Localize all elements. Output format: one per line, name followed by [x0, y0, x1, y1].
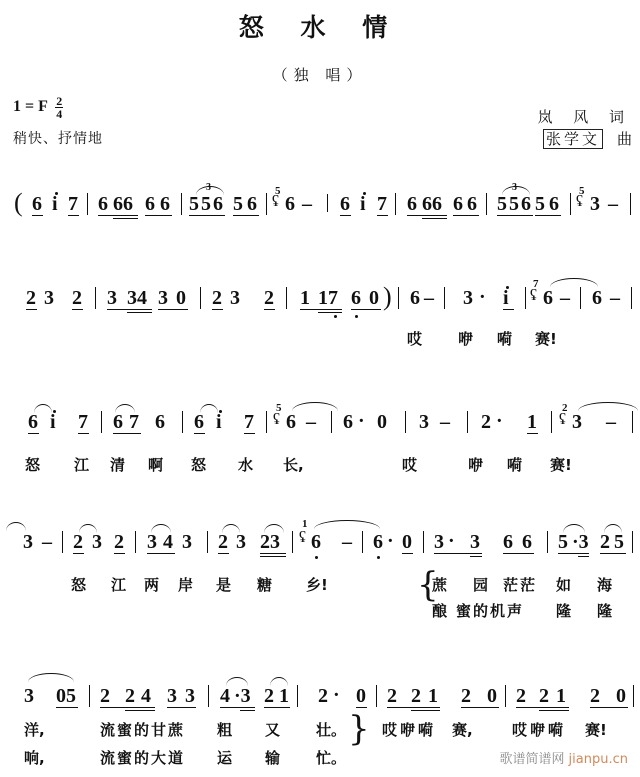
barline — [101, 411, 102, 433]
underline-double — [240, 710, 255, 711]
watermark-text: 歌谱简谱网 — [500, 752, 565, 767]
dot-augmentation: · — [479, 286, 486, 308]
key-signature: 1 = F 2 4 — [13, 95, 63, 120]
note: 3 — [182, 531, 192, 553]
note: 5 — [189, 193, 199, 215]
note: 2 — [481, 411, 491, 433]
underline — [356, 707, 367, 708]
lyric-verse-2: 运 — [217, 747, 232, 768]
grace-hook-icon: ʢ — [272, 194, 279, 210]
underline-double — [113, 218, 138, 219]
lyric: 江 — [111, 574, 126, 595]
song-subtitle: （独 唱） — [0, 64, 640, 85]
lyric: 赛! — [535, 328, 557, 349]
barline — [135, 531, 136, 553]
staff-row-2: 2 3 2 3 34 3 0 2 3 2 1 17 6 0 ) 6 – 3 · … — [0, 284, 640, 324]
lyric: 长, — [283, 454, 304, 475]
note: 5 — [233, 193, 243, 215]
underline — [220, 707, 255, 708]
triplet-mark: 3 — [206, 182, 211, 193]
dash: – — [608, 193, 618, 215]
lyric-verse-1: 洋, — [24, 719, 45, 740]
note: i — [503, 287, 509, 309]
lyric: 嗬 — [507, 454, 522, 475]
tempo-marking: 稍快、抒情地 — [13, 128, 103, 148]
tie — [578, 402, 638, 411]
underline — [503, 309, 514, 310]
dot-augmentation: · — [333, 684, 340, 706]
underline — [218, 553, 229, 554]
note: 34 — [127, 287, 147, 309]
barline — [631, 287, 632, 309]
composer-name: 张学文 — [543, 129, 603, 149]
lyric-verse-2: 流蜜的大道 — [100, 747, 185, 768]
underline — [145, 215, 172, 216]
barline — [200, 287, 201, 309]
dot-augmentation: · — [387, 530, 394, 552]
note: 6 — [522, 531, 532, 553]
underline — [212, 309, 223, 310]
grace-hook-icon: ʢ — [530, 288, 537, 304]
barline — [87, 193, 88, 215]
underline-double — [411, 710, 440, 711]
underline-double — [578, 556, 589, 557]
barline — [395, 193, 396, 215]
staff-row-3: 6 i 7 6 7 6 6 i 7 5 ʢ 6 – 6 · 0 3 – 2 · … — [0, 408, 640, 448]
key-label: 1 = F — [13, 98, 47, 115]
barline — [467, 411, 468, 433]
note: 3 — [230, 287, 240, 309]
note: 6 — [155, 411, 165, 433]
time-signature: 2 4 — [55, 95, 63, 120]
underline — [158, 309, 188, 310]
dash: – — [306, 411, 316, 433]
underline — [32, 215, 43, 216]
underline — [114, 553, 125, 554]
barline — [62, 531, 63, 553]
note: 2 — [318, 685, 328, 707]
note: 2 — [600, 531, 610, 553]
barline — [266, 411, 267, 433]
underline — [387, 707, 440, 708]
note: 23 — [260, 531, 280, 553]
note: 2 — [264, 287, 274, 309]
lyric-refrain: 赛! — [585, 719, 607, 740]
note: 1 — [527, 411, 537, 433]
lyric: 江 — [74, 454, 89, 475]
note: 6 — [351, 287, 361, 309]
barline — [405, 411, 406, 433]
underline — [167, 707, 196, 708]
lyric: 哎 — [402, 454, 417, 475]
note: 3 — [572, 411, 582, 433]
note: 7 — [129, 411, 139, 433]
underline — [260, 553, 286, 554]
barline — [327, 194, 328, 212]
lyric-verse-1: 壮。 — [316, 719, 346, 740]
note: 2 — [461, 685, 471, 707]
note: ·3 — [572, 531, 589, 553]
underline — [516, 707, 569, 708]
barline — [398, 287, 399, 309]
lyric: 咿 — [468, 454, 483, 475]
barline — [331, 411, 332, 433]
lyric-verse-1: 又 — [265, 719, 280, 740]
barline — [551, 411, 552, 433]
dash: – — [440, 411, 450, 433]
verse-brace-close: } — [348, 712, 370, 746]
note: 4 — [163, 531, 173, 553]
note: 6 — [213, 193, 223, 215]
note: 3 — [434, 531, 444, 553]
note: 6 — [543, 287, 553, 309]
underline — [527, 433, 538, 434]
octave-dot-low — [315, 556, 318, 559]
triplet-mark: 3 — [512, 182, 517, 193]
barline — [266, 193, 267, 215]
lyric-verse-1: 流蜜的甘蔗 — [100, 719, 185, 740]
note: 2 — [114, 531, 124, 553]
barline — [297, 685, 298, 707]
note: ·3 — [234, 685, 251, 707]
note: 6 — [286, 411, 296, 433]
underline — [590, 707, 628, 708]
close-paren: ) — [383, 284, 392, 310]
note: 05 — [56, 685, 76, 707]
note: 1 — [279, 685, 289, 707]
barline — [444, 287, 445, 309]
barline — [182, 411, 183, 433]
underline — [264, 707, 290, 708]
dot-augmentation: · — [448, 530, 455, 552]
octave-dot-high — [219, 410, 222, 413]
underline — [194, 433, 205, 434]
note: 1 — [300, 287, 310, 309]
note: 7 — [68, 193, 78, 215]
underline-double — [260, 556, 286, 557]
dash: – — [560, 287, 570, 309]
note: 6 — [145, 193, 155, 215]
lyric-verse-2: 响, — [24, 747, 45, 768]
lyric-verse-1: 海 — [597, 574, 612, 595]
note: 6 — [160, 193, 170, 215]
lyric-refrain: 哎咿嗬 — [512, 719, 566, 740]
underline — [340, 215, 351, 216]
lyric: 两 — [144, 574, 159, 595]
note: 2 — [516, 685, 526, 707]
barline — [486, 193, 487, 215]
lyric-verse-1: 园 — [473, 574, 488, 595]
note: 2 — [212, 287, 222, 309]
lyric: 啊 — [148, 454, 163, 475]
lyric-verse-2: 蜜的机声 — [456, 600, 524, 621]
octave-dot-high — [363, 192, 366, 195]
note: 0 — [356, 685, 366, 707]
note: 2 — [72, 287, 82, 309]
lyric: 怒 — [71, 574, 86, 595]
barline — [423, 531, 424, 553]
lyric-refrain: 哎咿嗬 — [382, 719, 436, 740]
octave-dot-low — [355, 315, 358, 318]
underline-double — [125, 710, 155, 711]
note: 6 — [521, 193, 531, 215]
note: 6 — [194, 411, 204, 433]
note: 3 — [107, 287, 117, 309]
note: 2 — [264, 685, 274, 707]
note: 3 — [158, 287, 168, 309]
note: i — [52, 193, 58, 215]
lyric: 岸 — [178, 574, 193, 595]
octave-dot-low — [334, 315, 337, 318]
note: 0 — [176, 287, 186, 309]
underline-double — [470, 556, 482, 557]
underline — [377, 215, 388, 216]
underline — [300, 309, 342, 310]
note: 6 — [373, 531, 383, 553]
underline — [113, 433, 141, 434]
note: 6 — [410, 287, 420, 309]
note: 6 — [407, 193, 417, 215]
lyric-verse-2: 隆 — [556, 600, 571, 621]
lyric: 咿 — [458, 328, 473, 349]
underline-double — [422, 218, 447, 219]
dash: – — [610, 287, 620, 309]
composer-credit: 张学文曲 — [543, 128, 632, 149]
lyric-verse-2: 忙。 — [316, 747, 346, 768]
barline — [570, 193, 571, 215]
barline — [633, 685, 634, 707]
barline — [547, 531, 548, 553]
note: 3 — [236, 531, 246, 553]
staff-row-5: 3 05 2 24 3 3 4 ·3 2 1 2 · 0 2 21 2 0 2 … — [0, 682, 640, 722]
underline — [461, 707, 499, 708]
dash: – — [342, 531, 352, 553]
note: 3 — [419, 411, 429, 433]
tie — [292, 402, 338, 411]
note: 6 — [28, 411, 38, 433]
lyric: 清 — [110, 454, 125, 475]
note: 6 — [343, 411, 353, 433]
grace-hook-icon: ʢ — [299, 530, 306, 546]
lyric: 赛! — [550, 454, 572, 475]
note: 2 — [590, 685, 600, 707]
octave-dot-high — [55, 192, 58, 195]
dot-augmentation: · — [358, 410, 365, 432]
note: 3 — [44, 287, 54, 309]
underline — [558, 553, 589, 554]
barline — [95, 287, 96, 309]
note: i — [216, 411, 222, 433]
note: 3 — [23, 531, 33, 553]
note: 2 — [100, 685, 110, 707]
tie — [314, 520, 380, 529]
dash: – — [42, 531, 52, 553]
note: 0 — [369, 287, 379, 309]
underline — [600, 553, 626, 554]
dash: – — [424, 287, 434, 309]
note: 0 — [402, 531, 412, 553]
note: 5 — [497, 193, 507, 215]
note: 3 — [590, 193, 600, 215]
underline — [233, 215, 259, 216]
open-paren: ( — [14, 190, 23, 216]
octave-dot-high — [53, 410, 56, 413]
lyric-verse-1: 如 — [556, 574, 571, 595]
lyric: 嗬 — [497, 328, 512, 349]
watermark-domain: jianpu.cn — [569, 752, 628, 767]
note: 6 — [549, 193, 559, 215]
barline — [632, 411, 633, 433]
underline — [497, 215, 533, 216]
note: 3 — [24, 685, 34, 707]
lyric: 乡! — [306, 574, 328, 595]
note: 2 — [26, 287, 36, 309]
underline — [147, 553, 175, 554]
note: 66 — [113, 193, 133, 215]
underline — [189, 215, 225, 216]
barline — [208, 685, 209, 707]
underline — [402, 553, 413, 554]
note: 24 — [125, 685, 157, 707]
note: 5 — [509, 193, 519, 215]
note: 0 — [616, 685, 626, 707]
staff-row-4: 3 – 2 3 2 3 4 3 2 3 23 1 ʢ 6 – 6 · 0 3 ·… — [0, 528, 640, 568]
underline — [56, 707, 78, 708]
lyric-verse-1: 粗 — [217, 719, 232, 740]
note: 2 — [387, 685, 397, 707]
note: 6 — [311, 531, 321, 553]
note: 7 — [78, 411, 88, 433]
underline — [78, 433, 89, 434]
barline — [580, 287, 581, 309]
grace-hook-icon: ʢ — [576, 194, 583, 210]
lyric: 是 — [216, 574, 231, 595]
time-denominator: 4 — [55, 108, 63, 120]
note: 66 — [422, 193, 442, 215]
note: 6 — [592, 287, 602, 309]
grace-hook-icon: ʢ — [273, 412, 280, 428]
lyric: 水 — [238, 454, 253, 475]
note: 3 — [470, 531, 480, 553]
note: 7 — [244, 411, 254, 433]
underline-double — [539, 710, 569, 711]
underline — [244, 433, 255, 434]
note: i — [360, 193, 366, 215]
barline — [292, 531, 293, 553]
underline — [73, 553, 84, 554]
barline — [505, 685, 506, 707]
note: 3 — [167, 685, 177, 707]
note: 17 — [318, 287, 338, 309]
lyric-verse-2: 隆 — [597, 600, 612, 621]
note: 6 — [247, 193, 257, 215]
note: 6 — [467, 193, 477, 215]
underline — [107, 309, 152, 310]
underline-double — [127, 312, 152, 313]
barline — [630, 193, 631, 215]
note: 2 — [73, 531, 83, 553]
barline — [525, 287, 526, 309]
underline — [98, 215, 138, 216]
note: 6 — [113, 411, 123, 433]
octave-dot-low — [377, 556, 380, 559]
underline — [72, 309, 83, 310]
lyric: 怒 — [191, 454, 206, 475]
underline — [503, 553, 534, 554]
note: 3 — [147, 531, 157, 553]
underline — [407, 215, 447, 216]
note: 6 — [340, 193, 350, 215]
note: 6 — [32, 193, 42, 215]
lyric-verse-2: 输 — [265, 747, 280, 768]
note: 0 — [377, 411, 387, 433]
lyric-refrain: 赛, — [452, 719, 473, 740]
barline — [181, 193, 182, 215]
barline — [207, 531, 208, 553]
note: 5 — [558, 531, 568, 553]
underline — [535, 215, 561, 216]
lyric-verse-2: 酿 — [432, 600, 447, 621]
note: 6 — [285, 193, 295, 215]
lyricist-credit: 岚 风 词 — [537, 106, 632, 127]
octave-dot-high — [506, 286, 509, 289]
note: i — [50, 411, 56, 433]
note: 3 — [92, 531, 102, 553]
underline — [351, 309, 381, 310]
note: 0 — [487, 685, 497, 707]
underline — [434, 553, 482, 554]
lyric: 怒 — [25, 454, 40, 475]
dash: – — [302, 193, 312, 215]
underline — [100, 707, 155, 708]
staff-row-1: ( 6 i 7 6 66 6 6 3 5 5 6 5 6 5 ʢ 6 – 6 i… — [0, 190, 640, 230]
underline — [264, 309, 275, 310]
note: 6 — [98, 193, 108, 215]
lyric-verse-1: 蔗 — [432, 574, 447, 595]
barline — [286, 287, 287, 309]
grace-hook-icon: ʢ — [559, 412, 566, 428]
note: 4 — [220, 685, 230, 707]
barline — [376, 685, 377, 707]
note: 5 — [201, 193, 211, 215]
underline — [68, 215, 79, 216]
underline-double — [318, 312, 342, 313]
tie — [550, 278, 598, 287]
note: 21 — [539, 685, 573, 707]
dash: – — [606, 411, 616, 433]
note: 3 — [185, 685, 195, 707]
barline — [632, 531, 633, 553]
note: 6 — [453, 193, 463, 215]
note: 5 — [535, 193, 545, 215]
note: 21 — [411, 685, 445, 707]
note: 3 — [463, 287, 473, 309]
song-title: 怒 水 情 — [0, 8, 640, 44]
underline — [26, 309, 37, 310]
lyric: 哎 — [407, 328, 422, 349]
tie-continuation — [6, 522, 26, 531]
underline — [453, 215, 479, 216]
watermark: 歌谱简谱网jianpu.cn — [500, 748, 628, 767]
barline — [89, 685, 90, 707]
lyric-verse-1: 茫茫 — [503, 574, 537, 595]
note: 6 — [503, 531, 513, 553]
dot-augmentation: · — [496, 410, 503, 432]
note: 2 — [218, 531, 228, 553]
lyric: 糖 — [257, 574, 272, 595]
underline — [28, 433, 39, 434]
note: 7 — [377, 193, 387, 215]
